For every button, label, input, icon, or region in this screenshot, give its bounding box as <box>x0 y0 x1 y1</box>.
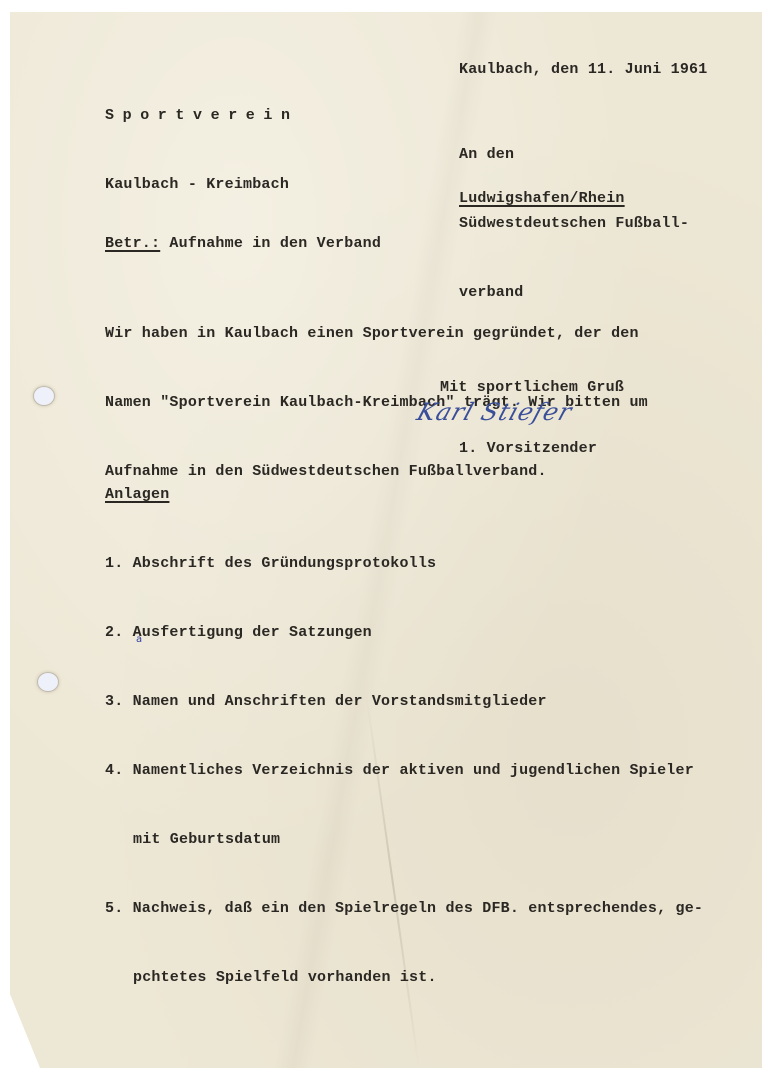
punch-hole-bottom <box>37 672 59 692</box>
sender-location: Kaulbach - Kreimbach <box>105 173 299 196</box>
attachment-item: 2. Ausfertigung der Satzungen <box>105 621 703 644</box>
attachment-item-continuation: mit Geburtsdatum <box>105 828 703 851</box>
subject-label: Betr.: <box>105 235 160 252</box>
attachment-item: 3. Namen und Anschriften der Vorstandsmi… <box>105 690 703 713</box>
recipient-line-2: Südwestdeutschen Fußball- <box>459 212 689 235</box>
signatory-title: 1. Vorsitzender <box>459 437 597 460</box>
handwritten-correction: a <box>136 634 142 645</box>
sender-name: Sportverein <box>105 104 299 127</box>
closing-greeting: Mit sportlichem Gruß <box>440 376 624 399</box>
attachment-item: 5. Nachweis, daß ein den Spielregeln des… <box>105 897 703 920</box>
sender-block: Sportverein Kaulbach - Kreimbach <box>105 58 299 219</box>
subject-line: Betr.: Aufnahme in den Verband <box>105 232 381 255</box>
recipient-city: Ludwigshafen/Rhein <box>459 187 625 210</box>
punch-hole-top <box>33 386 55 406</box>
attachments-heading: Anlagen <box>105 483 169 506</box>
recipient-line-1: An den <box>459 143 689 166</box>
attachment-item: 4. Namentliches Verzeichnis der aktiven … <box>105 759 703 782</box>
handwritten-signature: Karl Stiefer <box>418 398 593 442</box>
attachment-item: 1. Abschrift des Gründungsprotokolls <box>105 552 703 575</box>
subject-text: Aufnahme in den Verband <box>160 235 381 252</box>
date-line: Kaulbach, den 11. Juni 1961 <box>459 58 707 81</box>
body-line-1: Wir haben in Kaulbach einen Sportverein … <box>105 322 648 345</box>
body-line-3: Aufnahme in den Südwestdeutschen Fußball… <box>105 460 648 483</box>
attachment-item-continuation: pchtetes Spielfeld vorhanden ist. <box>105 966 703 989</box>
attachments-list: 1. Abschrift des Gründungsprotokolls 2. … <box>105 506 703 1012</box>
signature-text: Karl Stiefer <box>413 398 576 426</box>
